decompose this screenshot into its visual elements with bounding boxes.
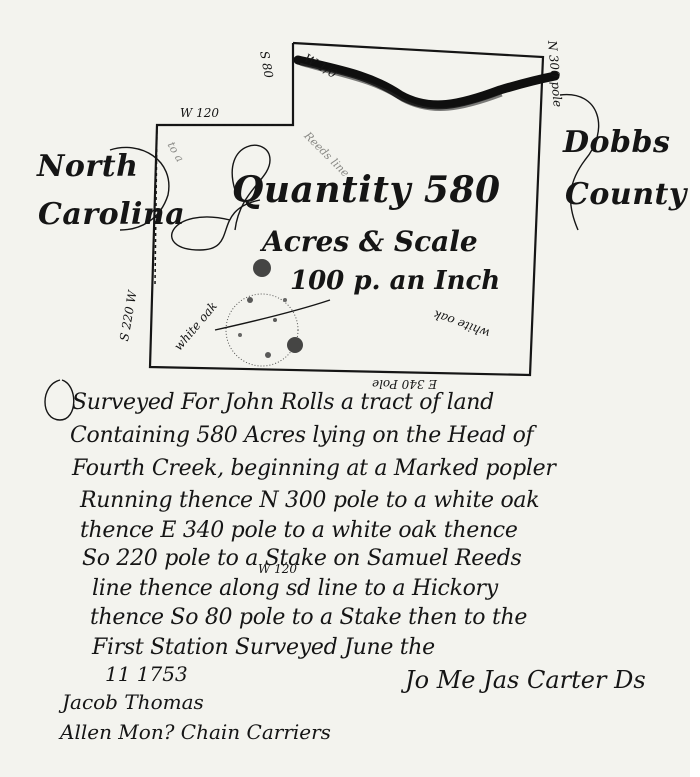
survey-line-5: thence E 340 pole to a white oak thence (80, 520, 518, 542)
plat-drawing (0, 0, 700, 777)
state-label-north: North (37, 152, 138, 182)
survey-line-3: Fourth Creek, beginning at a Marked popl… (72, 458, 556, 480)
scale-value: 100 p. an Inch (290, 268, 500, 294)
scan-edge (690, 0, 700, 777)
chain-carrier-1: Jacob Thomas (62, 692, 204, 712)
survey-line-1: Surveyed For John Rolls a tract of land (72, 392, 494, 414)
survey-line-2: Containing 580 Acres lying on the Head o… (70, 425, 533, 447)
survey-date: 11 1753 (105, 664, 188, 684)
flourish-survey-o (45, 380, 74, 420)
survey-line-7: line thence along sd line to a Hickory (92, 578, 498, 600)
survey-line-8: thence So 80 pole to a Stake then to the (90, 607, 527, 629)
plat-bottom-edge-label: E 340 Pole (372, 378, 437, 390)
chain-carrier-2: Allen Mon? Chain Carriers (60, 722, 331, 742)
surveyor-signature: Jo Me Jas Carter Ds (405, 668, 646, 692)
quantity-label: Quantity 580 (232, 172, 501, 208)
acres-scale-label: Acres & Scale (262, 228, 478, 256)
state-label-carolina: Carolina (38, 200, 185, 230)
survey-line-6: So 220 pole to a Stake on Samuel Reeds (82, 548, 521, 570)
county-label-dobbs: Dobbs (563, 128, 670, 158)
county-label-county: County (565, 180, 687, 210)
interlinear-note: W 120 (258, 563, 297, 575)
survey-line-4: Running thence N 300 pole to a white oak (80, 490, 539, 512)
document-page: North Carolina Dobbs County Quantity 580… (0, 0, 700, 777)
survey-line-9: First Station Surveyed June the (92, 637, 435, 659)
plat-top-edge-label: W 120 (180, 107, 219, 119)
